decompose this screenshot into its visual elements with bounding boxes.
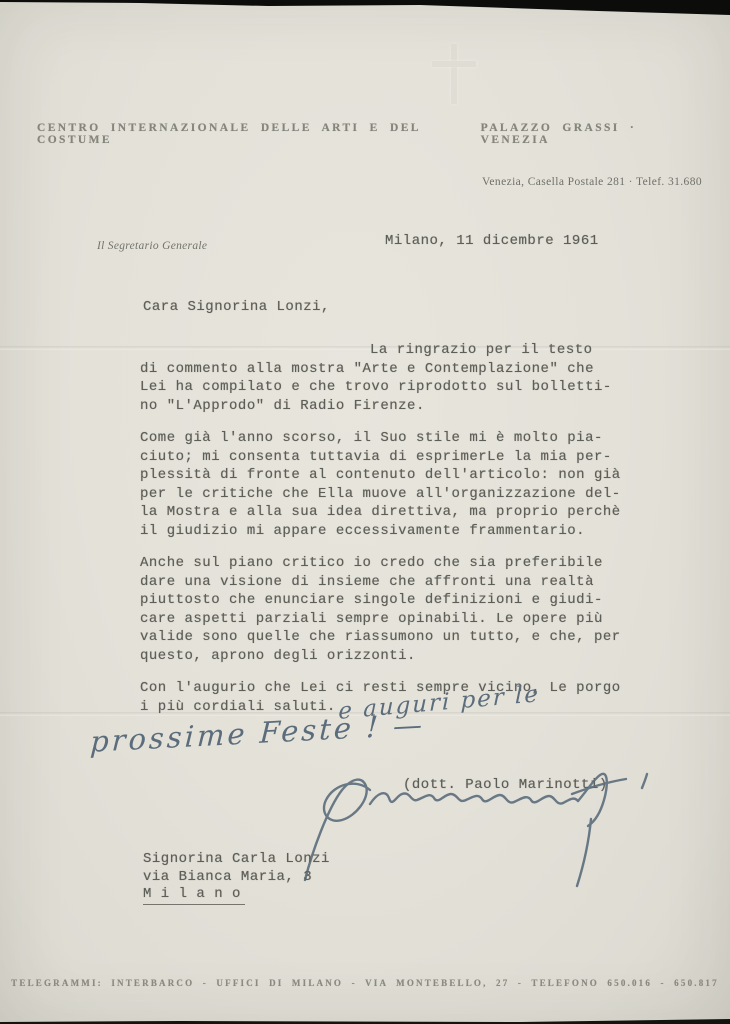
letterhead-postal-line: Venezia, Casella Postale 281 · Telef. 31… (482, 176, 702, 188)
recipient-city-underline (143, 904, 245, 905)
letterhead-location: PALAZZO GRASSI · VENEZIA (481, 122, 703, 146)
embossed-cross-watermark (432, 44, 476, 104)
letter-paper: CENTRO INTERNAZIONALE DELLE ARTI E DEL C… (0, 0, 730, 1024)
paragraph: Come già l'anno scorso, il Suo stile mi … (140, 429, 640, 540)
scanned-letter-photo: { "colors": { "background": "#0e0e0c", "… (0, 0, 730, 1024)
paragraph: La ringrazio per il testo di commento al… (140, 341, 640, 415)
salutation: Cara Signorina Lonzi, (143, 299, 330, 315)
recipient-line3: M i l a n o (143, 886, 241, 902)
letterhead-organization: CENTRO INTERNAZIONALE DELLE ARTI E DEL C… (37, 122, 481, 146)
letterhead: CENTRO INTERNAZIONALE DELLE ARTI E DEL C… (37, 122, 703, 146)
recipient-line1: Signorina Carla Lonzi (143, 851, 330, 867)
handwritten-signature (290, 764, 660, 892)
recipient-address: Signorina Carla Lonzivia Bianca Maria, 3… (143, 851, 330, 904)
paragraph: Anche sul piano critico io credo che sia… (140, 554, 640, 665)
letter-body: La ringrazio per il testo di commento al… (140, 341, 640, 730)
sender-title: Il Segretario Generale (97, 240, 207, 252)
recipient-line2: via Bianca Maria, 3 (143, 869, 312, 885)
scan-edge-top (0, 0, 730, 16)
dateline: Milano, 11 dicembre 1961 (385, 233, 599, 249)
footer-telegram-line: TELEGRAMMI: INTERBARCO - UFFICI DI MILAN… (0, 978, 730, 988)
scan-edge-bottom (0, 1016, 730, 1024)
